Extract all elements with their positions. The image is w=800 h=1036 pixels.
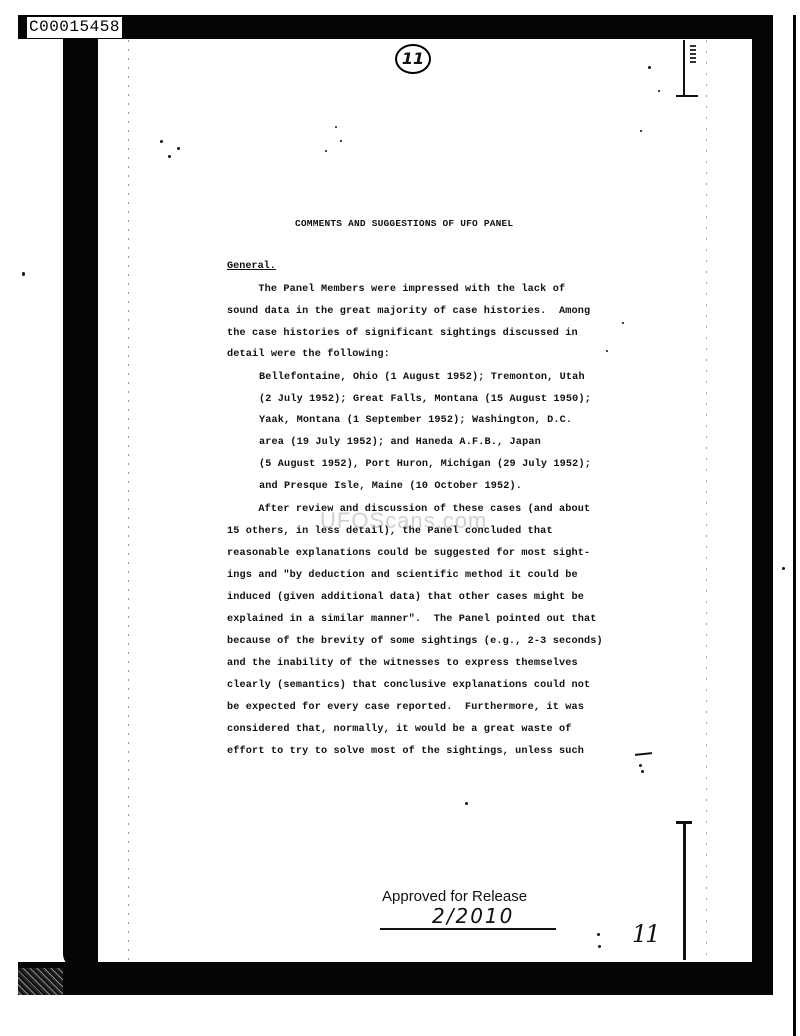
- scan-border-top: [18, 15, 773, 39]
- scan-border-left: [63, 38, 98, 968]
- scan-border-bottom: [18, 962, 773, 995]
- scan-speck: [325, 150, 327, 152]
- case-list-line: (2 July 1952); Great Falls, Montana (15 …: [259, 394, 591, 405]
- section-heading: General.: [227, 261, 276, 272]
- approval-stamp-label: Approved for Release: [382, 888, 527, 905]
- document-id-stamp: C00015458: [27, 17, 122, 38]
- scan-speck: [639, 764, 642, 767]
- body-line: because of the brevity of some sightings…: [227, 636, 603, 647]
- body-line: explained in a similar manner". The Pane…: [227, 614, 597, 625]
- body-line: induced (given additional data) that oth…: [227, 592, 584, 603]
- margin-rule: [683, 822, 686, 960]
- case-list-line: and Presque Isle, Maine (10 October 1952…: [259, 481, 522, 492]
- scan-speck: [340, 140, 342, 142]
- scan-speck: [640, 130, 642, 132]
- page-edge-left: [128, 40, 129, 960]
- body-line: be expected for every case reported. Fur…: [227, 702, 584, 713]
- circled-page-number: 11: [395, 44, 431, 74]
- watermark: UFOScans.com: [320, 508, 487, 534]
- scan-speck: [160, 140, 163, 143]
- corner-scribble: [690, 45, 696, 63]
- case-list-line: (5 August 1952), Port Huron, Michigan (2…: [259, 459, 591, 470]
- scan-speck: [648, 66, 651, 69]
- body-line: clearly (semantics) that conclusive expl…: [227, 680, 590, 691]
- scan-speck: [597, 933, 600, 936]
- body-line: sound data in the great majority of case…: [227, 306, 590, 317]
- body-line: ings and "by deduction and scientific me…: [227, 570, 578, 581]
- scan-speck: [335, 126, 337, 128]
- body-line: considered that, normally, it would be a…: [227, 724, 572, 735]
- scan-speck: [598, 945, 601, 948]
- scan-noise-corner: [18, 968, 63, 995]
- document-title: COMMENTS AND SUGGESTIONS OF UFO PANEL: [295, 218, 513, 229]
- scan-speck: [641, 770, 644, 773]
- body-line: detail were the following:: [227, 349, 390, 360]
- scan-speck: [177, 147, 180, 150]
- scan-border-right: [752, 15, 773, 995]
- handwritten-page-mark: 11: [632, 920, 659, 948]
- body-line: reasonable explanations could be suggest…: [227, 548, 590, 559]
- body-line: The Panel Members were impressed with th…: [227, 284, 565, 295]
- page-edge-right: [706, 40, 707, 960]
- case-list-line: area (19 July 1952); and Haneda A.F.B., …: [259, 437, 541, 448]
- scan-speck: [465, 802, 468, 805]
- scan-speck: [22, 272, 25, 276]
- scan-speck: [782, 567, 785, 570]
- scan-speck: [168, 155, 171, 158]
- scan-border-far-right: [793, 15, 796, 1036]
- margin-scribble: [635, 752, 652, 756]
- scan-speck: [658, 90, 660, 92]
- scan-speck: [606, 350, 608, 352]
- body-line: the case histories of significant sighti…: [227, 328, 578, 339]
- corner-mark-vertical: [683, 40, 685, 96]
- body-line: effort to try to solve most of the sight…: [227, 746, 584, 757]
- body-line: and the inability of the witnesses to ex…: [227, 658, 578, 669]
- approval-underline: [380, 928, 556, 930]
- corner-mark-horizontal: [676, 95, 698, 97]
- case-list-line: Bellefontaine, Ohio (1 August 1952); Tre…: [259, 372, 585, 383]
- approval-stamp-date: 2/2010: [432, 904, 514, 928]
- case-list-line: Yaak, Montana (1 September 1952); Washin…: [259, 415, 572, 426]
- scan-speck: [622, 322, 624, 324]
